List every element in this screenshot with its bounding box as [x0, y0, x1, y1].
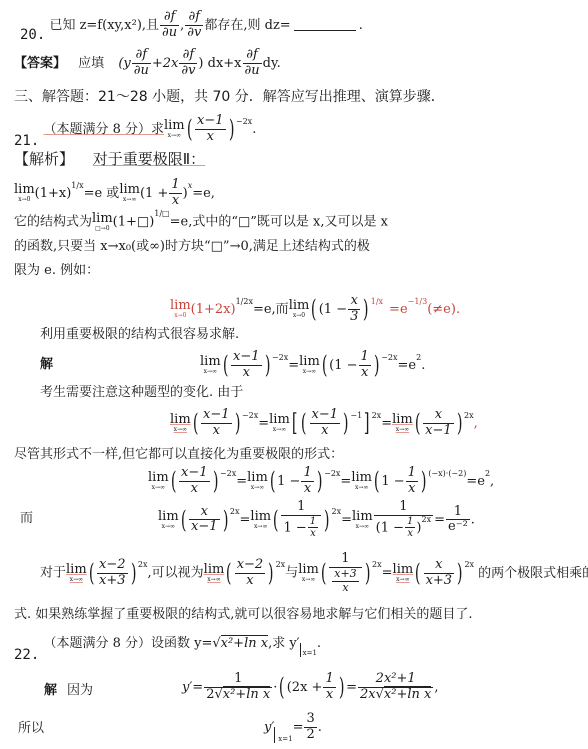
- question-number: 21.: [14, 133, 39, 149]
- solution-formula: limx→∞(x−1x)−2x=limx→∞((1 −1x)−2x=e2.: [200, 350, 425, 381]
- transform-formula: limx→∞(x−1x)−2x=limx→∞[(x−1x)−1]2x=limx→…: [170, 408, 478, 439]
- partial-fraction: ∂f∂u: [243, 48, 262, 79]
- partial-fraction: ∂f∂v: [179, 48, 197, 79]
- paragraph: 限为 e. 例如：: [14, 264, 99, 277]
- q21-text: （本题满分 8 分）求: [43, 122, 164, 137]
- question-20: 20. 已知 z=f(xy,x²),且∂f∂u,∂f∂v都存在,则 dz=.: [20, 10, 363, 41]
- paragraph: 尽管其形式不一样,但它都可以直接化为重要极限的形式：: [14, 448, 343, 461]
- important-limit-formula: limx→0(1+x)1/x=e 或limx→∞(1 +1x)x=e,: [14, 178, 215, 209]
- formula-line-a: limx→∞(x−1x)−2x=limx→∞(1 −1x)−2x=limx→∞(…: [148, 466, 494, 497]
- formula-line-b: limx→∞(xx−1)2x=limx→∞(11 −1x)2x=limx→∞1(…: [158, 500, 475, 540]
- question-number: 20.: [20, 27, 45, 43]
- answer-blank: [294, 30, 356, 31]
- derivative-formula: y′=12√x²+ln x·((2x +1x)=2x²+12x√x²+ln x,: [182, 672, 438, 703]
- analysis-header: 【解析】 对于重要极限Ⅱ：: [14, 152, 205, 167]
- analysis-title: 对于重要极限Ⅱ：: [93, 150, 205, 168]
- q20-text-prefix: 已知 z=f(xy,x²),且: [49, 18, 159, 33]
- analysis-label: 【解析】: [14, 150, 74, 168]
- question-21: 21. （本题满分 8 分）求limx→∞(x−1x)−2x.: [14, 114, 256, 145]
- limit: limx→∞: [164, 119, 185, 139]
- paragraph: 式. 如果熟练掌握了重要极限的结构式,就可以很容易地求解与它们相关的题目了.: [14, 608, 473, 621]
- section-heading: 三、解答题：21～28 小题，共 70 分．解答应写出推理、演算步骤．: [14, 90, 445, 104]
- derivative-result: y′x=1=32.: [264, 712, 322, 743]
- solution-label: 解: [40, 358, 53, 371]
- er-label: 而: [20, 512, 33, 525]
- answer-label: 【答案】: [14, 56, 66, 71]
- paragraph: 它的结构式为lim□→0(1+□)1/□=e,式中的“□”既可以是 x,又可以是…: [14, 212, 388, 232]
- answer-20: 【答案】 应填 (y∂f∂u+2x∂f∂v) dx+x∂f∂udy.: [14, 48, 281, 79]
- partial-fraction: ∂f∂u: [160, 10, 179, 41]
- question-22: 22. （本题满分 8 分）设函数 y=√x²+ln x,求 y′x=1.: [14, 636, 321, 657]
- answer-fill-label: 应填: [78, 56, 104, 71]
- paragraph-limit-product: 对于limx→∞(x−2x+3)2x,可以视为limx→∞(x−2x)2x与li…: [40, 552, 588, 594]
- paragraph: 的函数,只要当 x→x₀(或∞)时方块“□”→0,满足上述结构式的极: [14, 240, 370, 253]
- example-formula: limx→0(1+2x)1/2x=e,而limx→0((1 −x3)1/x=e−…: [170, 294, 460, 325]
- q20-text-suffix: 都存在,则 dz=: [204, 18, 290, 33]
- solution-label: 解因为: [44, 684, 93, 697]
- question-number: 22.: [14, 647, 39, 663]
- partial-fraction: ∂f∂u: [132, 48, 151, 79]
- paragraph: 利用重要极限的结构式很容易求解.: [40, 328, 239, 341]
- so-label: 所以: [18, 722, 44, 735]
- paragraph: 考生需要注意这种题型的变化. 由于: [40, 386, 243, 399]
- partial-fraction: ∂f∂v: [185, 10, 203, 41]
